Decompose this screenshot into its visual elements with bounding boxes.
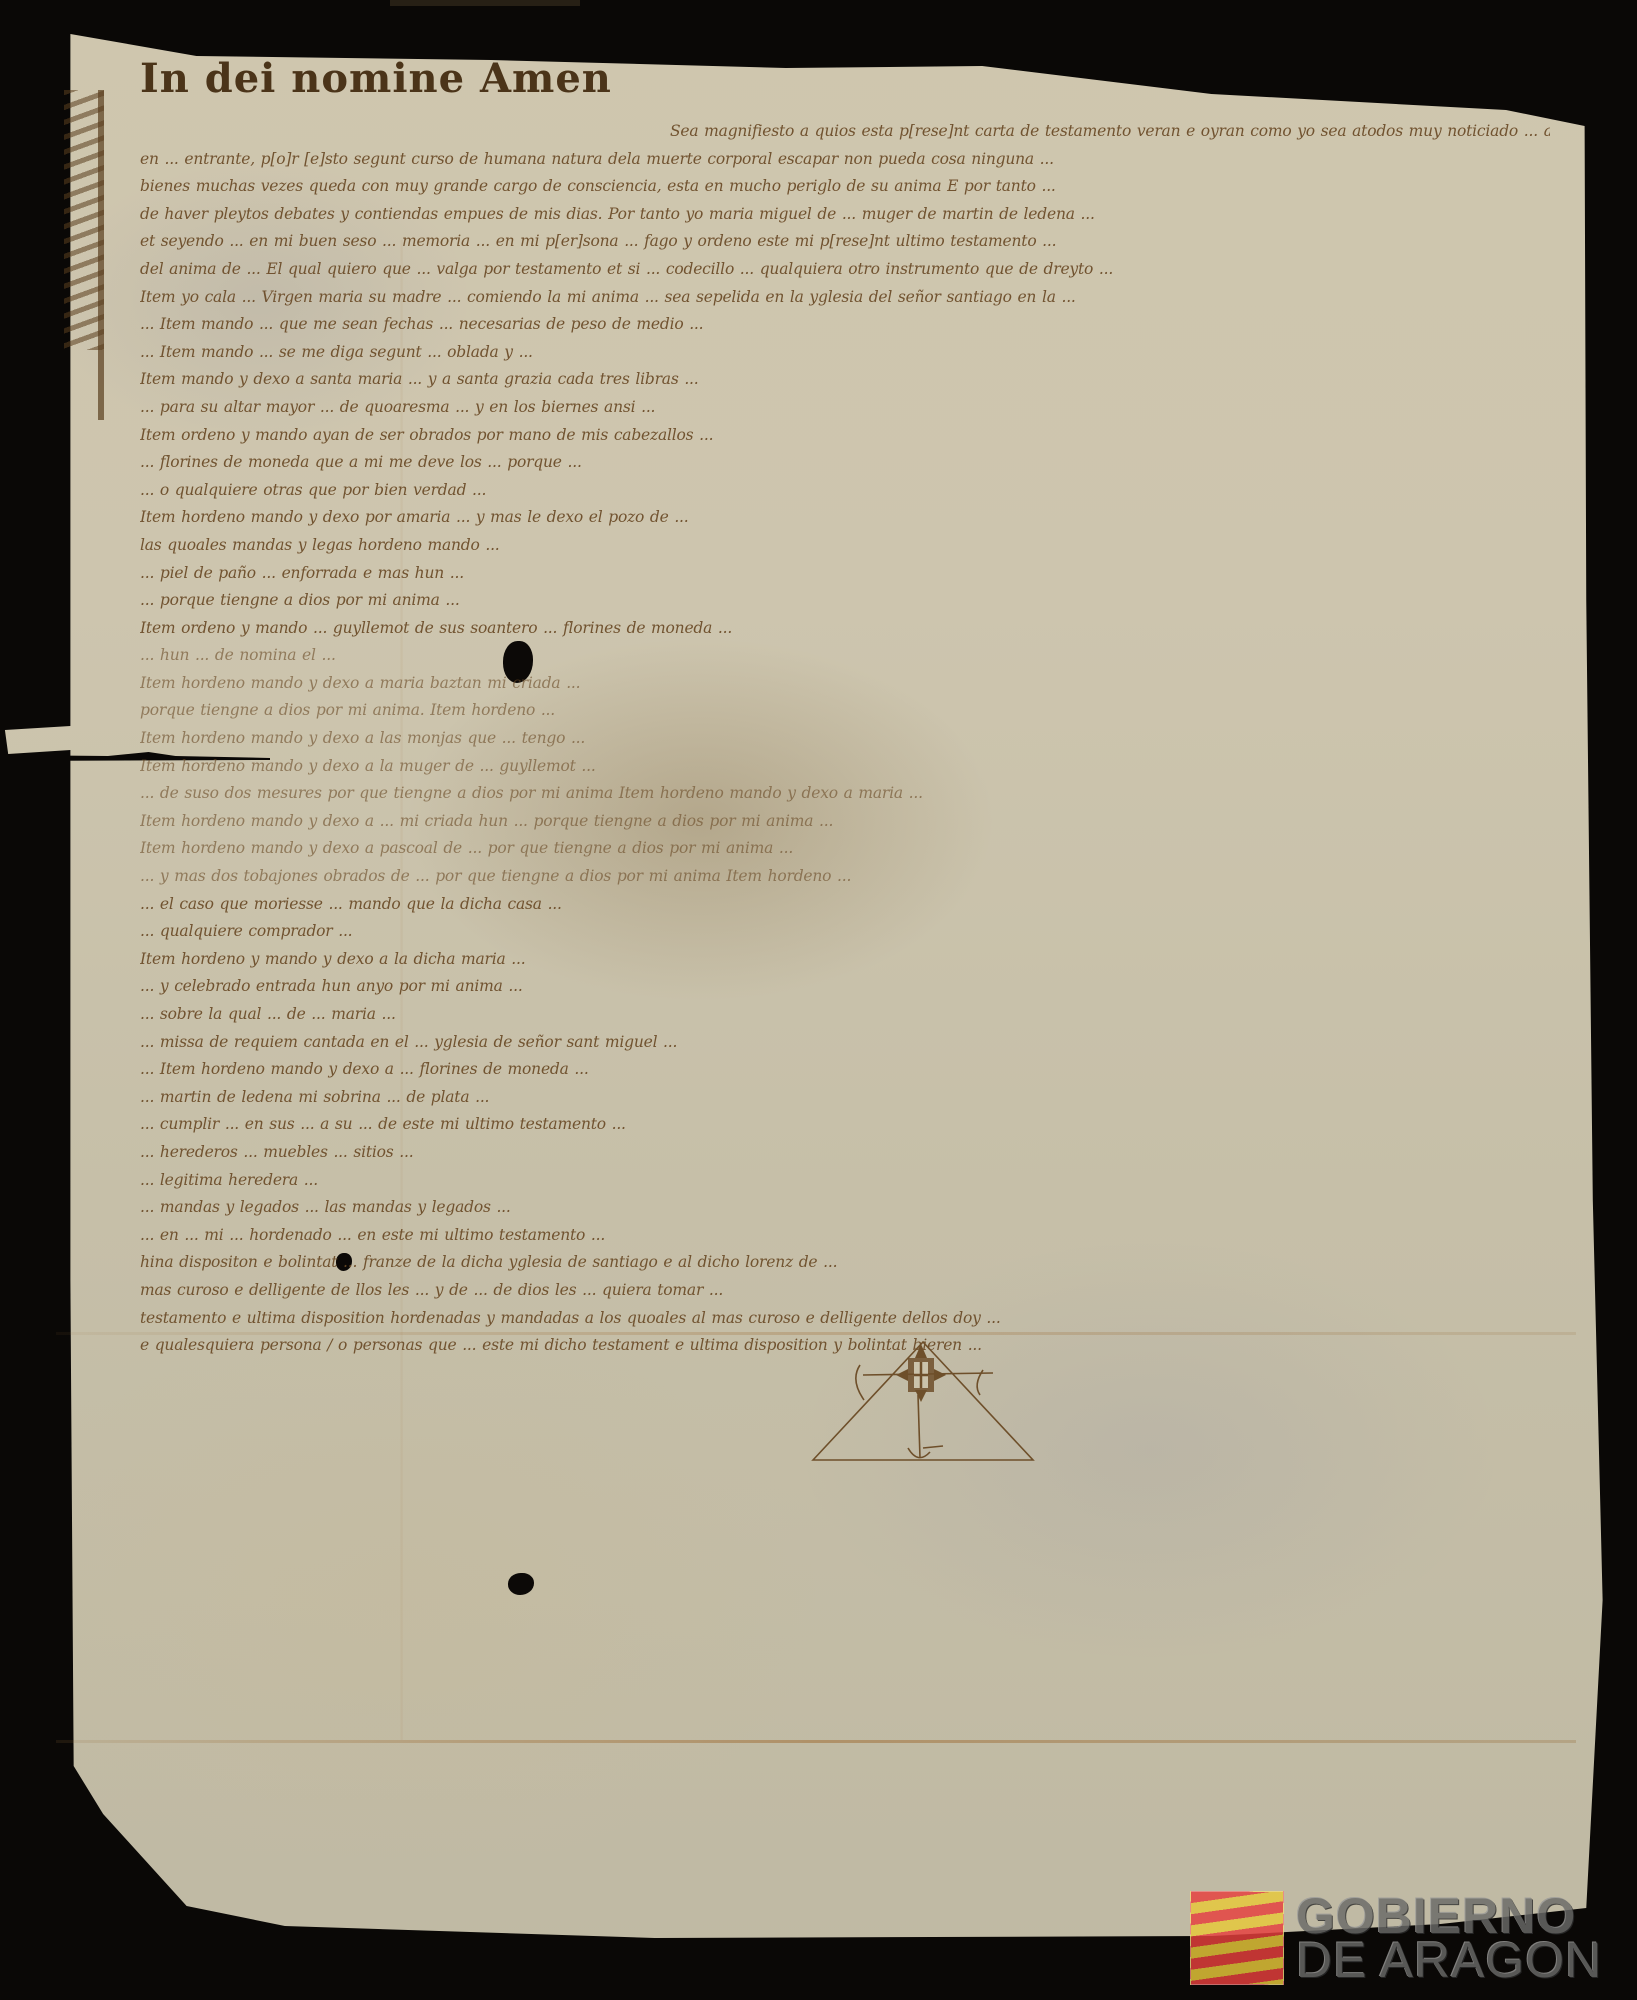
watermark-logo: GOBIERNO DE ARAGON [1190,1890,1630,1985]
scanner-frame-strip [390,0,580,6]
manuscript-text: Sea magnifiesto a quios esta p[rese]nt c… [140,118,1550,1338]
text-line: Item yo cala ... Virgen maria su madre .… [140,284,1550,312]
text-line: de haver pleytos debates y contiendas em… [140,201,1550,229]
text-line: Item mando y dexo a santa maria ... y a … [140,366,1550,394]
text-line: Item hordeno mando y dexo a maria baztan… [140,670,1550,698]
text-line: en ... entrante, p[o]r [e]sto segunt cur… [140,146,1550,174]
text-line: ... Item mando ... se me diga segunt ...… [140,339,1550,367]
text-line: ... legitima heredera ... [140,1167,1550,1195]
text-line: ... qualquiere comprador ... [140,918,1550,946]
text-line: Item hordeno mando y dexo a ... mi criad… [140,808,1550,836]
text-line: ... Item mando ... que me sean fechas ..… [140,311,1550,339]
text-line: Item hordeno y mando y dexo a la dicha m… [140,946,1550,974]
text-line: ... para su altar mayor ... de quoaresma… [140,394,1550,422]
text-line: ... y mas dos tobajones obrados de ... p… [140,863,1550,891]
text-line: Item ordeno y mando ayan de ser obrados … [140,422,1550,450]
text-line: ... mandas y legados ... las mandas y le… [140,1194,1550,1222]
text-line: ... o qualquiere otras que por bien verd… [140,477,1550,505]
text-line: ... cumplir ... en sus ... a su ... de e… [140,1111,1550,1139]
text-line: porque tiengne a dios por mi anima. Item… [140,697,1550,725]
text-line: del anima de ... El qual quiero que ... … [140,256,1550,284]
text-line: testamento e ultima disposition hordenad… [140,1305,1550,1333]
text-line: Item hordeno mando y dexo a pascoal de .… [140,835,1550,863]
text-line: et seyendo ... en mi buen seso ... memor… [140,228,1550,256]
text-line: Item hordeno mando y dexo a la muger de … [140,753,1550,781]
text-line: ... porque tiengne a dios por mi anima .… [140,587,1550,615]
text-line: ... hun ... de nomina el ... [140,642,1550,670]
text-line: ... en ... mi ... hordenado ... en este … [140,1222,1550,1250]
text-line: ... martin de ledena mi sobrina ... de p… [140,1084,1550,1112]
watermark-line2: DE ARAGON [1296,1938,1602,1982]
text-line: Item hordeno mando y dexo por amaria ...… [140,504,1550,532]
text-line: ... missa de requiem cantada en el ... y… [140,1029,1550,1057]
text-line: ... y celebrado entrada hun anyo por mi … [140,973,1550,1001]
watermark-line1: GOBIERNO [1296,1894,1602,1938]
notary-sign [768,1340,1118,1480]
text-line: ... Item hordeno mando y dexo a ... flor… [140,1056,1550,1084]
text-line: ... florines de moneda que a mi me deve … [140,449,1550,477]
text-line: Item hordeno mando y dexo a las monjas q… [140,725,1550,753]
text-line: ... herederos ... muebles ... sitios ... [140,1139,1550,1167]
text-line: ... piel de paño ... enforrada e mas hun… [140,560,1550,588]
text-line: hina dispositon e bolintat ... franze de… [140,1249,1550,1277]
text-line: ... sobre la qual ... de ... maria ... [140,1001,1550,1029]
invocation-heading: In dei nomine Amen [140,55,612,102]
text-line: las quoales mandas y legas hordeno mando… [140,532,1550,560]
fold-line [56,1740,1576,1743]
text-line: ... de suso dos mesures por que tiengne … [140,780,1550,808]
text-line: Sea magnifiesto a quios esta p[rese]nt c… [140,118,1550,146]
text-line: bienes muchas vezes queda con muy grande… [140,173,1550,201]
text-line: Item ordeno y mando ... guyllemot de sus… [140,615,1550,643]
aragon-flag-icon [1190,1891,1284,1985]
text-line: ... el caso que moriesse ... mando que l… [140,891,1550,919]
text-line: mas curoso e delligente de llos les ... … [140,1277,1550,1305]
cross-ornament-icon [896,1344,946,1402]
watermark-text: GOBIERNO DE ARAGON [1296,1894,1602,1982]
